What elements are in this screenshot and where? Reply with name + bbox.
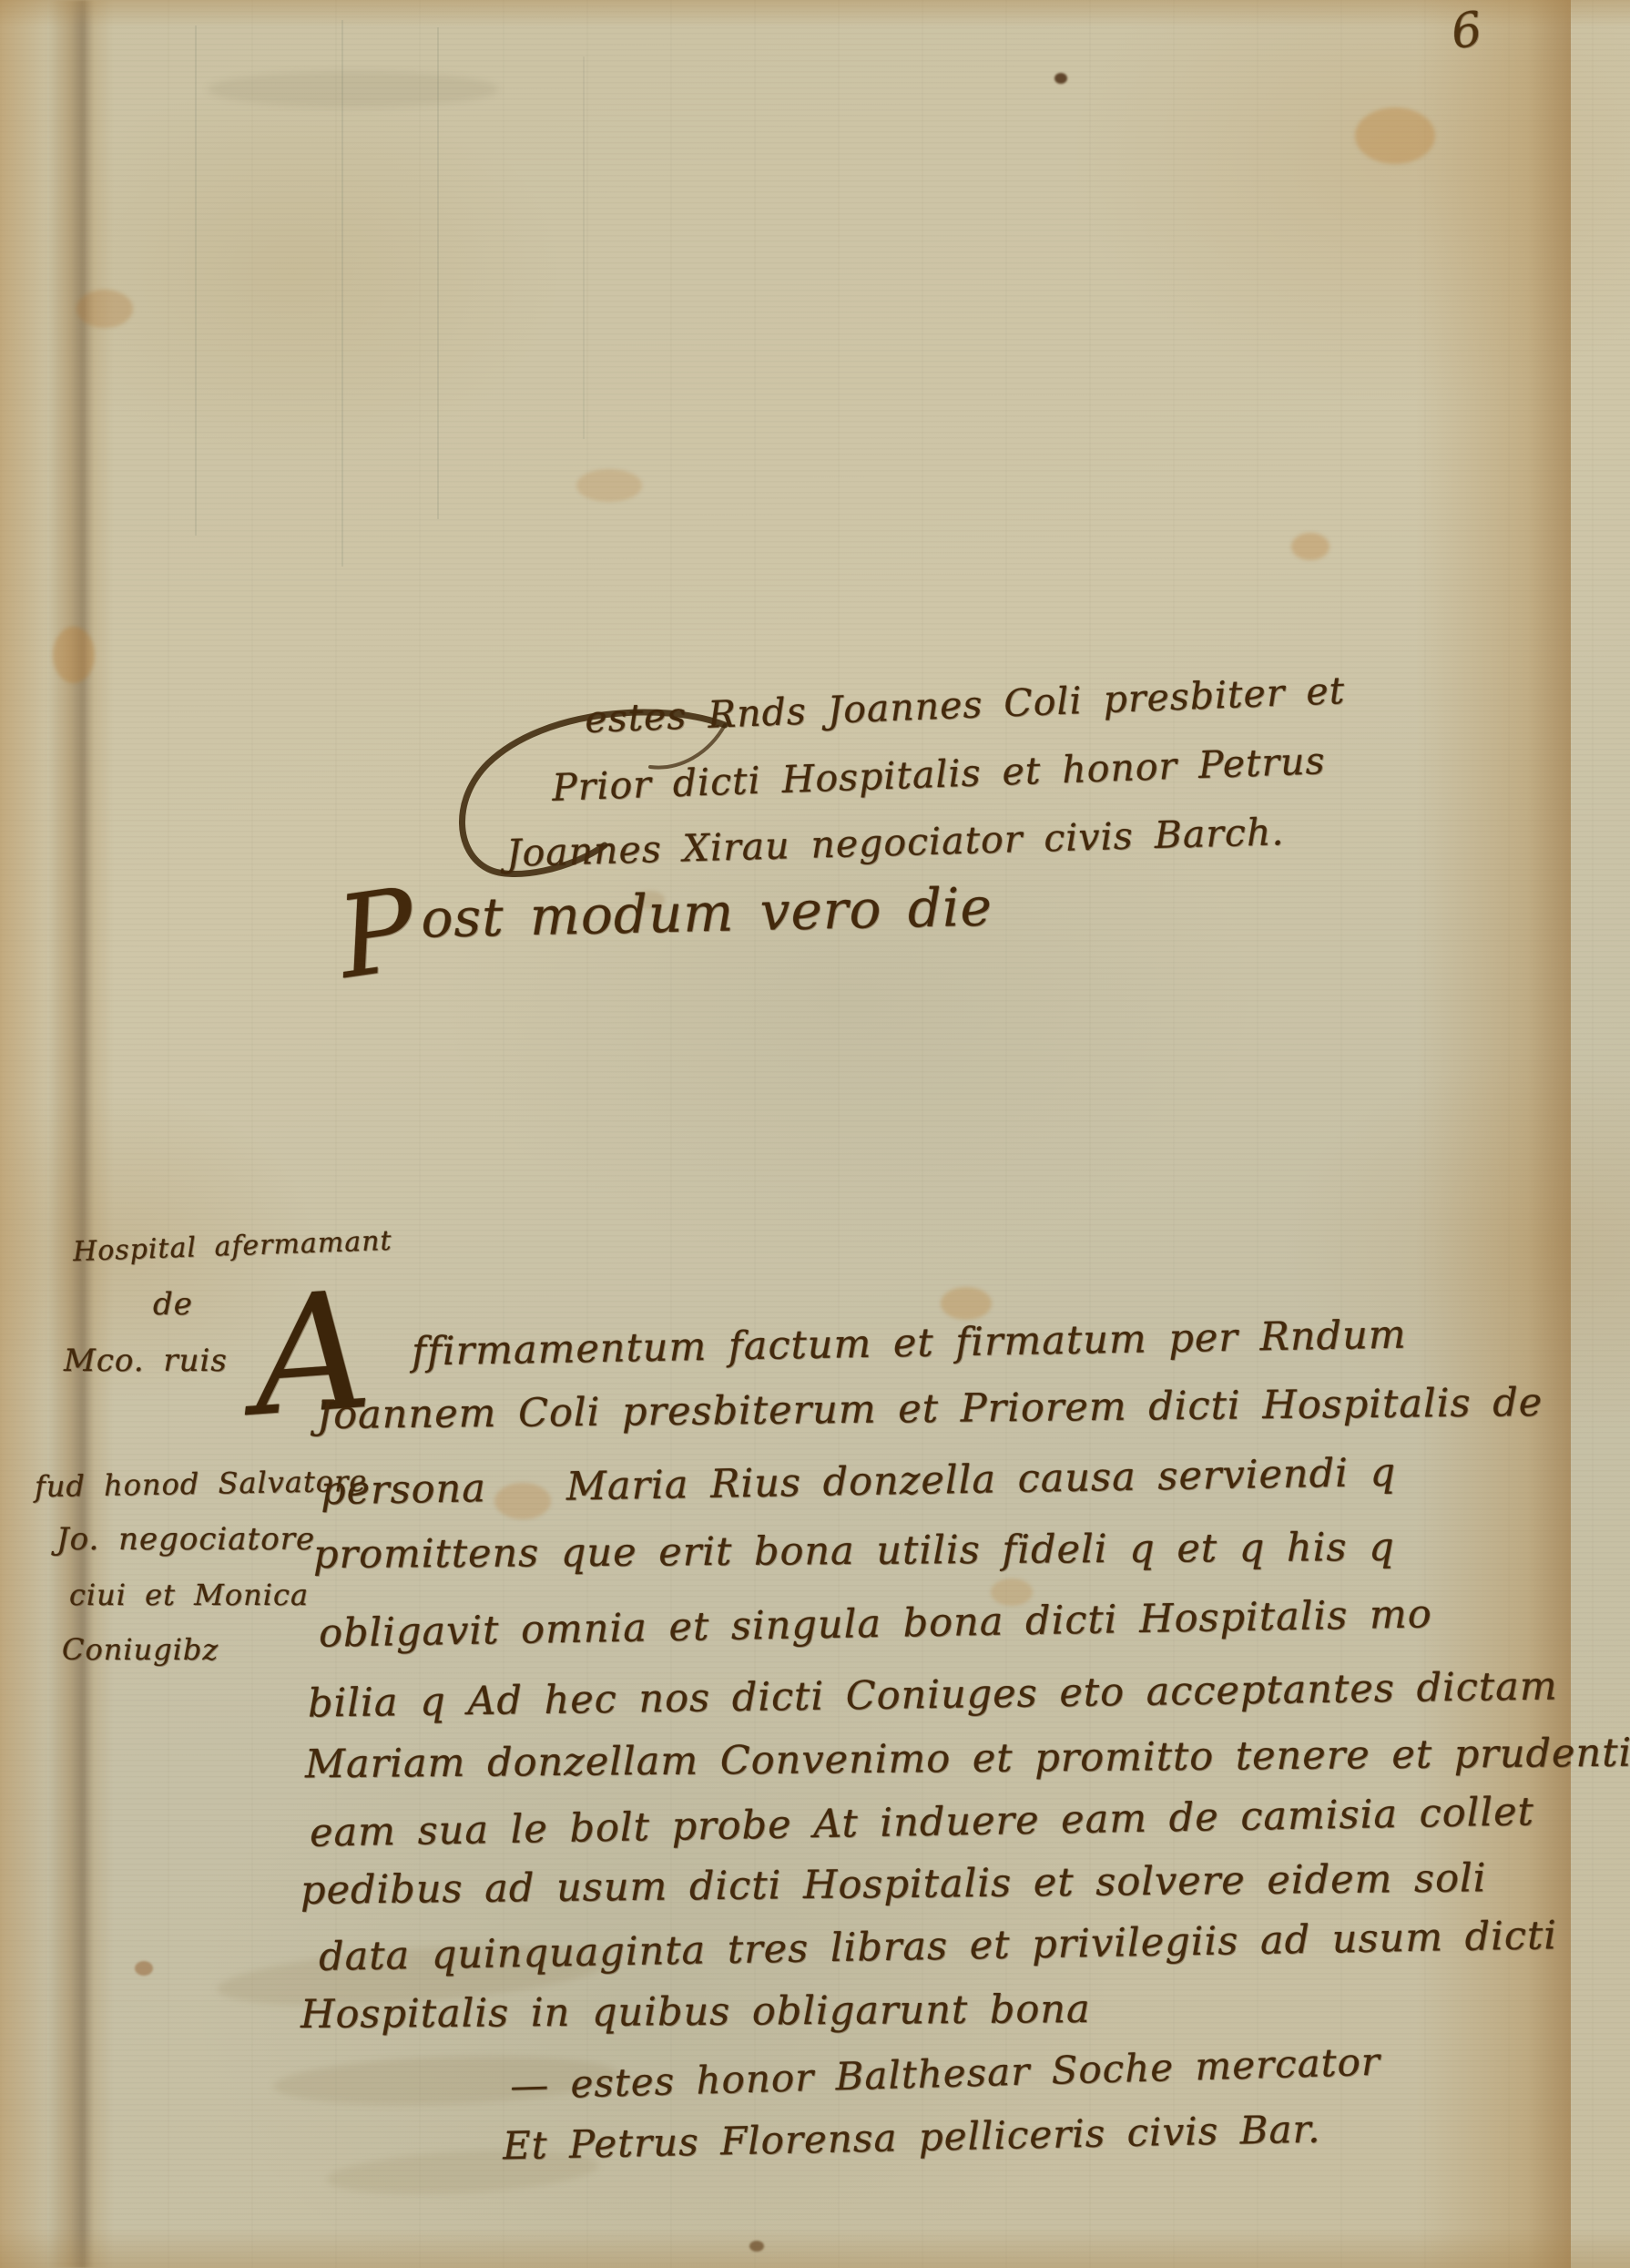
main-entry-line: eam sua le bolt probe At induere eam de … — [310, 1791, 1535, 1855]
main-entry-line: ffirmamentum factum et firmatum per Rndu… — [412, 1313, 1407, 1374]
main-entry-line: pedibus ad usum dicti Hospitalis et solv… — [301, 1857, 1487, 1913]
main-entry-line: Hospitalis in quibus obligarunt bona — [301, 1988, 1091, 2037]
stain-spot — [576, 469, 642, 502]
main-entry-line: data quinquaginta tres libras et privile… — [319, 1915, 1558, 1979]
stain-spot — [135, 1961, 153, 1976]
margin-note-line: Coniugibz — [62, 1634, 219, 1666]
main-entry-line: obligavit omnia et singula bona dicti Ho… — [319, 1593, 1432, 1656]
stain-spot — [76, 290, 133, 328]
bleedthrough-line — [583, 56, 585, 439]
margin-note-line: fud honod Salvatore — [35, 1466, 368, 1504]
stain-spot — [1054, 73, 1067, 84]
stain-spot — [53, 627, 95, 683]
binding-crease — [46, 0, 113, 2268]
margin-note-line: Mco. ruis — [64, 1344, 228, 1378]
stain-spot — [1355, 107, 1435, 164]
margin-note-line: Jo. negociatore — [56, 1523, 315, 1557]
stain-spot — [749, 2241, 764, 2252]
heading-text: ost modum vero die — [421, 875, 993, 949]
page-edge-shading-top — [0, 0, 1630, 27]
section-heading: Post modum vero die — [338, 878, 993, 950]
main-entry-line: promittens que erit bona utilis fideli q… — [313, 1527, 1395, 1578]
bleedthrough-line — [195, 26, 197, 536]
manuscript-page: 6 estes Rnds Joannes Coli presbiter et P… — [0, 0, 1630, 2268]
page-edge-shading-left — [0, 0, 47, 2268]
bleedthrough-ghost-text — [208, 71, 499, 107]
margin-note-line: ciui et Monica — [69, 1579, 309, 1611]
main-entry-line: bilia q Ad hec nos dicti Coniuges eto ac… — [308, 1665, 1558, 1725]
closing-witness-line: Et Petrus Florensa pelliceris civis Bar. — [503, 2109, 1321, 2168]
main-entry-line: persona Maria Rius donzella causa servie… — [321, 1452, 1397, 1514]
stain-spot — [1291, 533, 1329, 560]
manuscript-scan: 6 estes Rnds Joannes Coli presbiter et P… — [0, 0, 1630, 2268]
page-edge-shading-bottom — [0, 2228, 1630, 2268]
stain-spot — [941, 1287, 992, 1320]
margin-note-line: de — [153, 1288, 193, 1322]
main-entry-line: Joannem Coli presbiterum et Priorem dict… — [317, 1382, 1543, 1437]
heading-initial: P — [340, 929, 416, 940]
witness-note-line: estes Rnds Joannes Coli presbiter et — [584, 670, 1345, 741]
closing-witness-line: — estes honor Balthesar Soche mercator — [510, 2041, 1381, 2108]
